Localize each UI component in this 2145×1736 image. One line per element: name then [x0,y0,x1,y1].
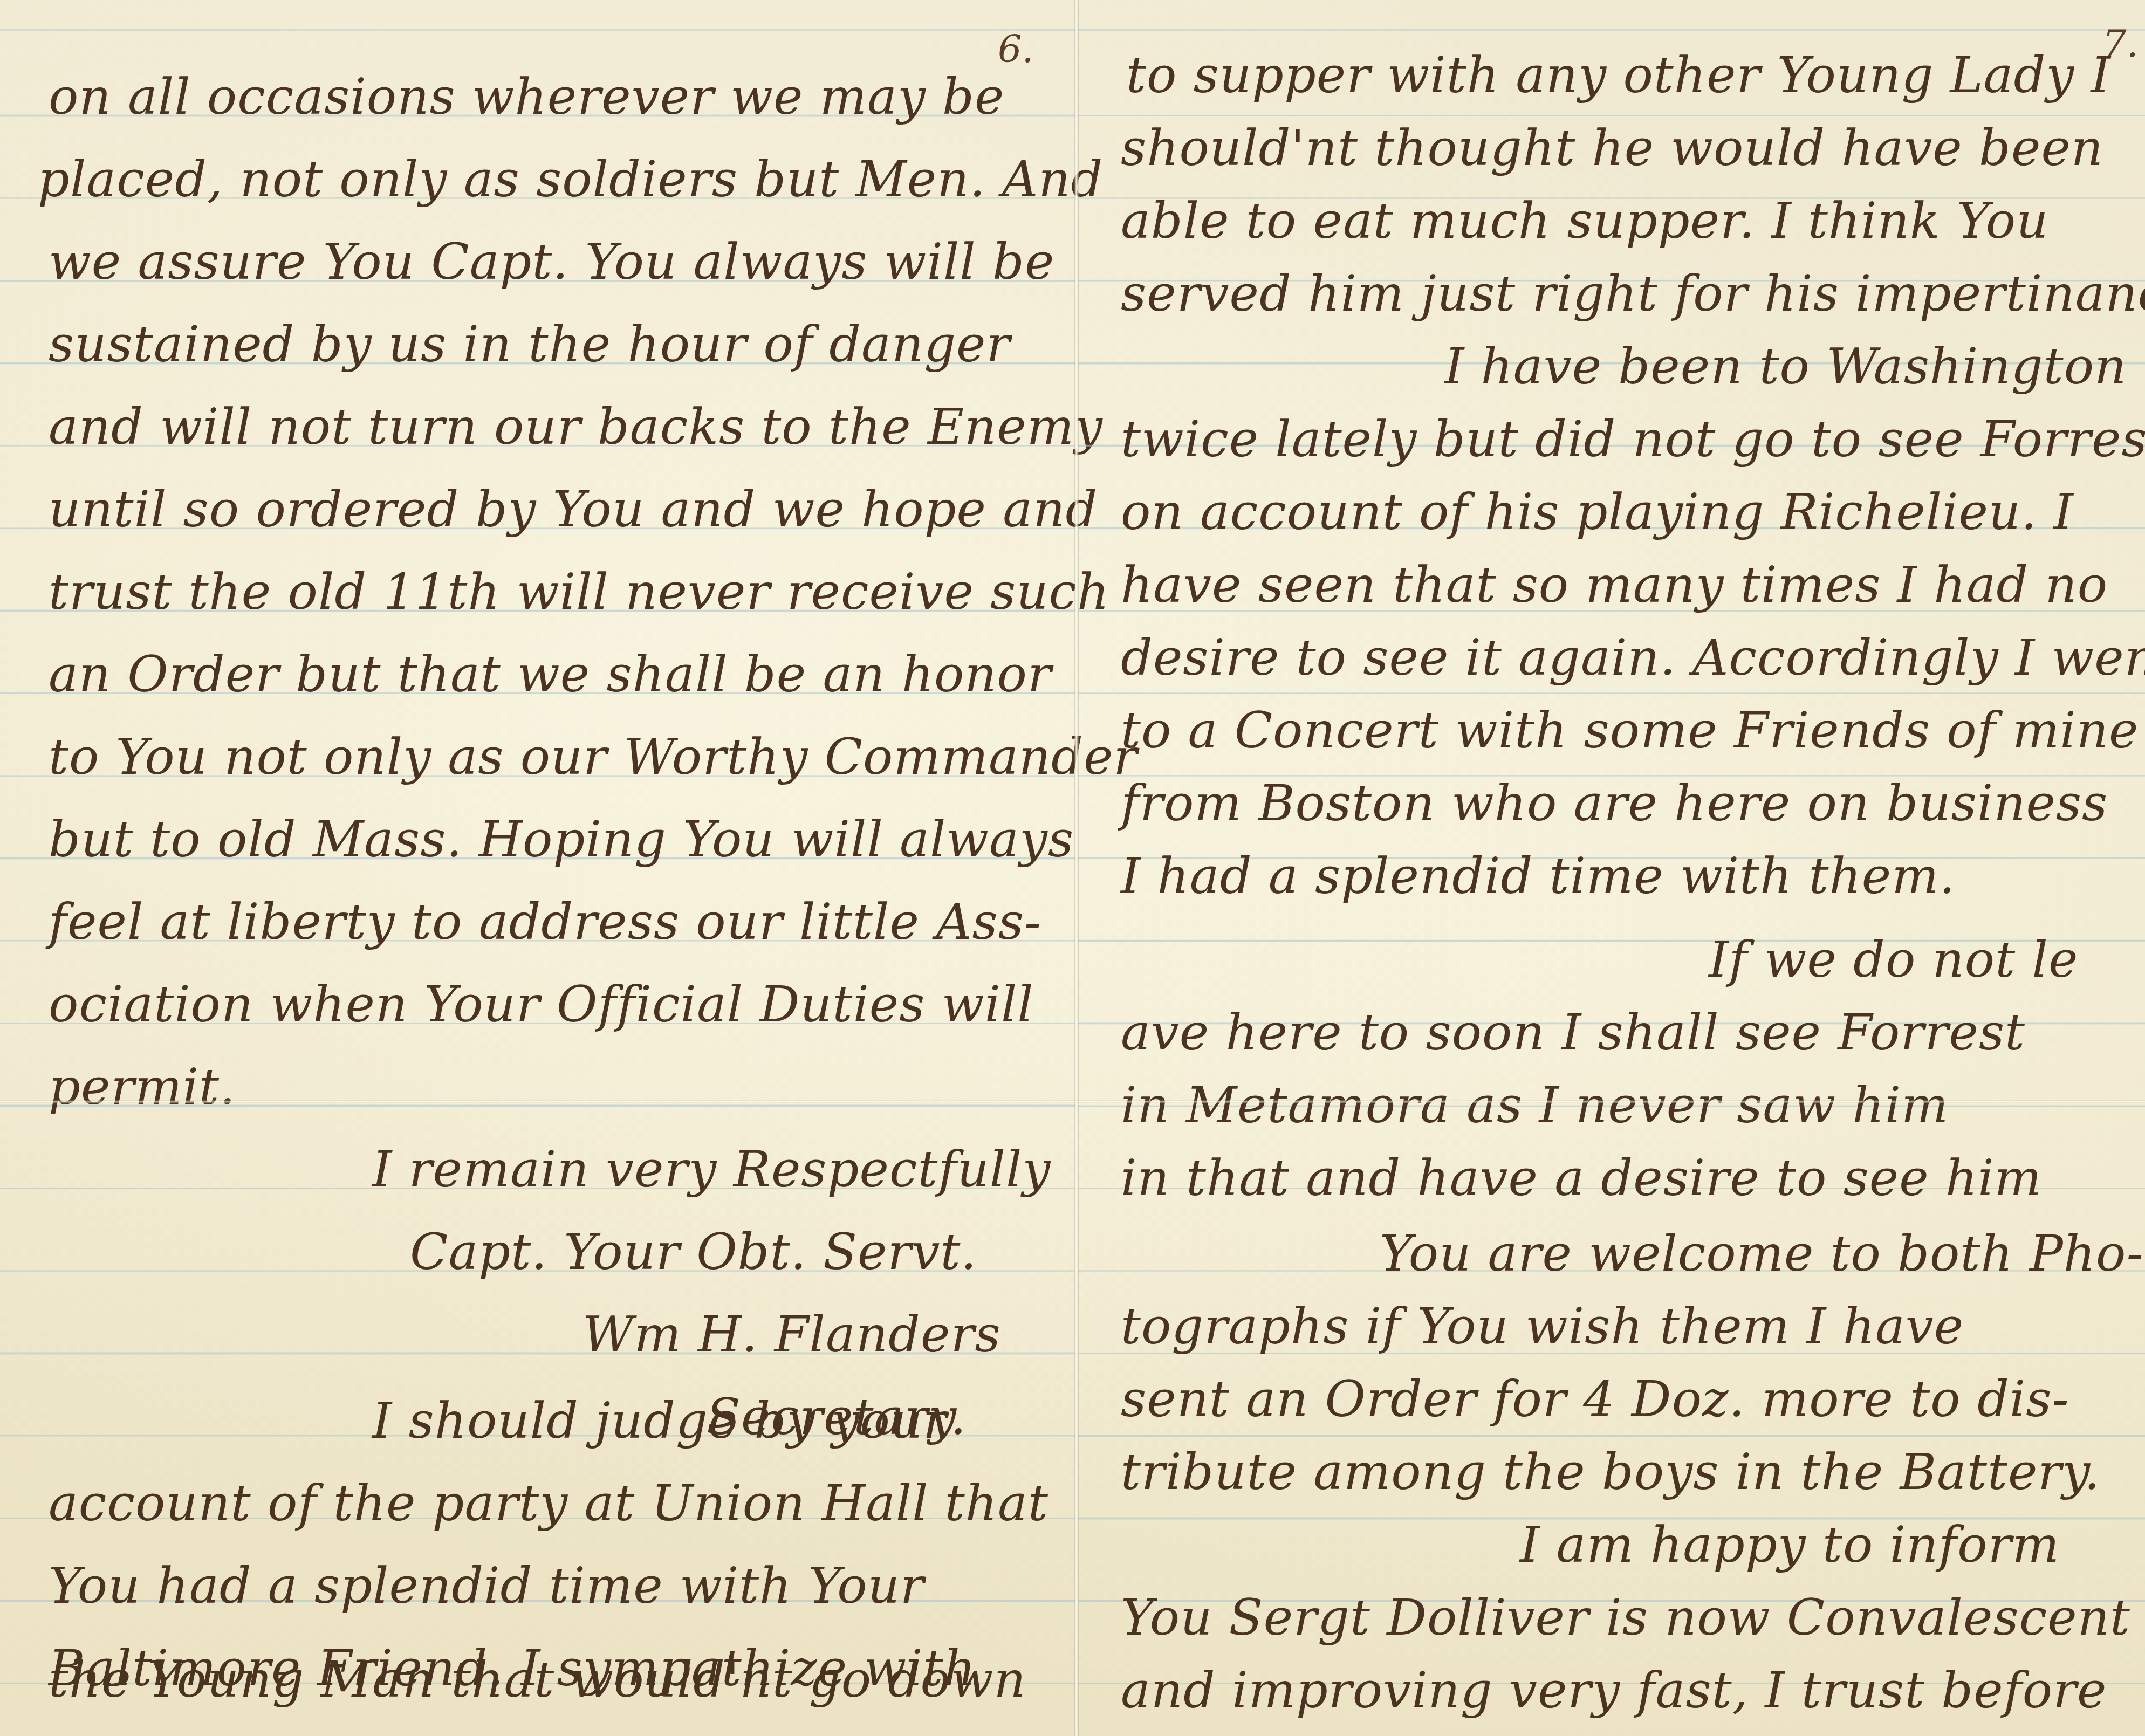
text-line: in that and have a desire to see him [1121,1149,2042,1208]
text-line: to You not only as our Worthy Commander [49,728,1137,787]
text-line: I had a splendid time with them. [1121,847,1956,906]
text-line: You are welcome to both Pho- [1380,1224,2144,1284]
text-line: trust the old 11th will never receive su… [49,562,1109,622]
page-number: 6. [998,27,1034,71]
text-line: we assure You Capt. You always will be [49,232,1054,292]
text-line: placed, not only as soldiers but Men. An… [38,150,1104,209]
text-line: sent an Order for 4 Doz. more to dis- [1121,1370,2069,1429]
text-line: until so ordered by You and we hope and [49,480,1098,539]
text-line: tribute among the boys in the Battery. [1121,1443,2100,1502]
valediction: I remain very Respectfully [372,1140,1051,1199]
text-line: to supper with any other Young Lady I [1126,46,2111,105]
horizontal-fold [0,1100,2145,1103]
text-line: on account of his playing Richelieu. I [1121,483,2074,542]
text-line: on all occasions wherever we may be [49,67,1004,127]
signature: Wm H. Flanders [582,1305,1001,1364]
text-line: but to old Mass. Hoping You will always [49,810,1074,869]
text-line: ociation when Your Official Duties will [49,975,1034,1034]
text-line: I am happy to inform [1520,1515,2060,1575]
text-line: in Metamora as I never saw him [1121,1076,1949,1135]
text-line: sustained by us in the hour of danger [49,315,1011,374]
text-line: twice lately but did not go to see Forre… [1121,410,2145,469]
left-page: 6. on all occasions wherever we may be p… [0,0,1076,1736]
text-line: If we do not le [1709,930,2078,990]
text-line: served him just right for his impertinan… [1121,264,2145,324]
center-fold [1074,0,1079,1736]
text-line: to a Concert with some Friends of mine [1121,701,2139,760]
text-line: and will not turn our backs to the Enemy [49,397,1103,457]
text-line: have seen that so many times I had no [1121,555,2108,615]
text-line: an Order but that we shall be an honor [49,645,1052,704]
text-line: from Boston who are here on business [1121,774,2108,833]
letter-spread: 6. on all occasions wherever we may be p… [0,0,2145,1736]
text-line: able to eat much supper. I think You [1121,191,2048,251]
text-line: I should judge by your [372,1391,947,1451]
text-line: and improving very fast, I trust before [1121,1661,2107,1720]
text-line: account of the party at Union Hall that [49,1474,1048,1533]
text-line: You had a splendid time with Your [49,1556,924,1616]
text-line: permit. [49,1058,236,1117]
text-line: the Young Man that would'nt go down [49,1650,1026,1710]
salutation: Capt. Your Obt. Servt. [410,1223,977,1282]
text-line: should'nt thought he would have been [1121,119,2103,178]
text-line: You Sergt Dolliver is now Convalescent [1121,1588,2130,1648]
text-line: feel at liberty to address our little As… [49,893,1041,952]
text-line: ave here to soon I shall see Forrest [1121,1003,2025,1062]
text-line: tographs if You wish them I have [1121,1297,1964,1356]
right-page: 7. to supper with any other Young Lady I… [1078,0,2145,1736]
text-line: desire to see it again. Accordingly I we… [1121,628,2145,688]
text-line: I have been to Washington [1444,337,2127,396]
